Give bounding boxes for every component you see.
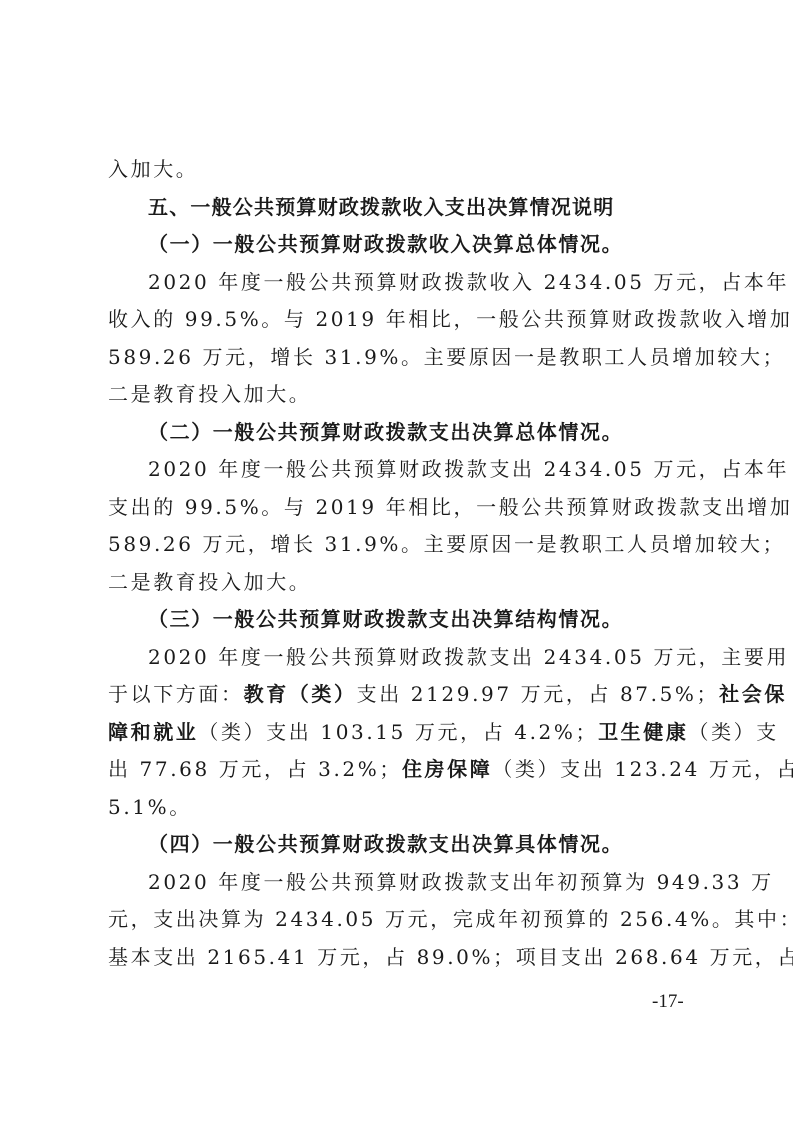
paragraph-line: 收入的 99.5%。与 2019 年相比，一般公共预算财政拨款收入增加: [108, 301, 692, 339]
document-page: 入加大。 五、一般公共预算财政拨款收入支出决算情况说明 （一）一般公共预算财政拨…: [108, 151, 692, 976]
subsection-heading-1: （一）一般公共预算财政拨款收入决算总体情况。: [108, 226, 692, 264]
paragraph-line: 于以下方面：教育（类）支出 2129.97 万元，占 87.5%；社会保: [108, 676, 692, 714]
paragraph-line: 2020 年度一般公共预算财政拨款支出年初预算为 949.33 万: [108, 864, 692, 902]
section-title: 五、一般公共预算财政拨款收入支出决算情况说明: [108, 189, 692, 227]
paragraph-line: 589.26 万元，增长 31.9%。主要原因一是教职工人员增加较大；: [108, 526, 692, 564]
paragraph-line: 出 77.68 万元，占 3.2%；住房保障（类）支出 123.24 万元，占: [108, 751, 692, 789]
paragraph-line: 二是教育投入加大。: [108, 376, 692, 414]
paragraph-line: 5.1%。: [108, 789, 692, 827]
category-social-security: 社会保: [719, 682, 787, 706]
text-run: 于以下方面：: [108, 682, 244, 706]
category-housing: 住房保障: [402, 757, 492, 781]
paragraph-line: 二是教育投入加大。: [108, 564, 692, 602]
subsection-heading-4: （四）一般公共预算财政拨款支出决算具体情况。: [108, 826, 692, 864]
category-health: 卫生健康: [598, 720, 688, 744]
text-run: （类）支出 103.15 万元，占 4.2%；: [198, 720, 598, 744]
paragraph-line: 基本支出 2165.41 万元，占 89.0%；项目支出 268.64 万元，占: [108, 939, 692, 977]
paragraph-line: 2020 年度一般公共预算财政拨款收入 2434.05 万元，占本年: [108, 264, 692, 302]
continuation-text: 入加大。: [108, 151, 692, 189]
paragraph-line: 589.26 万元，增长 31.9%。主要原因一是教职工人员增加较大；: [108, 339, 692, 377]
category-social-security-cont: 障和就业: [108, 720, 198, 744]
paragraph-line: 2020 年度一般公共预算财政拨款支出 2434.05 万元，主要用: [108, 639, 692, 677]
text-run: （类）支: [688, 720, 778, 744]
page-number: -17-: [652, 991, 684, 1013]
text-run: 支出 2129.97 万元，占 87.5%；: [357, 682, 720, 706]
subsection-heading-3: （三）一般公共预算财政拨款支出决算结构情况。: [108, 601, 692, 639]
text-run: （类）支出 123.24 万元，占: [492, 757, 793, 781]
paragraph-line: 支出的 99.5%。与 2019 年相比，一般公共预算财政拨款支出增加: [108, 489, 692, 527]
paragraph-line: 2020 年度一般公共预算财政拨款支出 2434.05 万元，占本年: [108, 451, 692, 489]
paragraph-line: 障和就业（类）支出 103.15 万元，占 4.2%；卫生健康（类）支: [108, 714, 692, 752]
paragraph-line: 元，支出决算为 2434.05 万元，完成年初预算的 256.4%。其中：: [108, 901, 692, 939]
text-run: 出 77.68 万元，占 3.2%；: [108, 757, 402, 781]
subsection-heading-2: （二）一般公共预算财政拨款支出决算总体情况。: [108, 414, 692, 452]
category-education: 教育（类）: [244, 682, 357, 706]
